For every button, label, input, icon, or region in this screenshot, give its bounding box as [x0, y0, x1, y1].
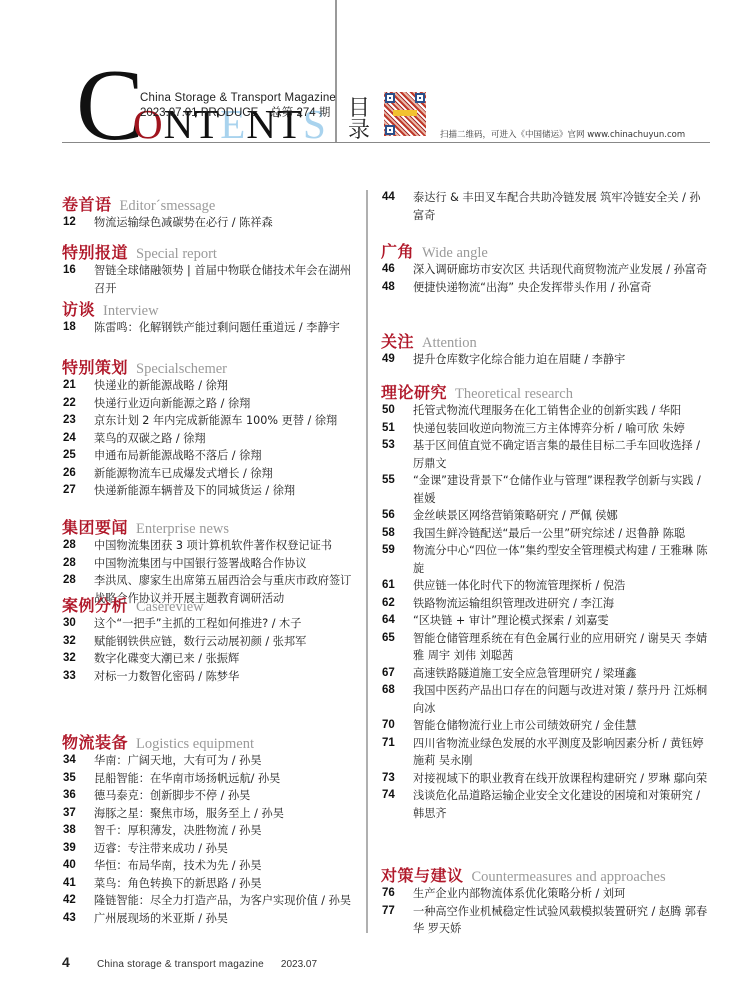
toc-entry[interactable]: 33对标一力数智化密码 / 陈梦华: [62, 668, 362, 686]
entry-title: 菜鸟的双碳之路 / 徐翔: [94, 430, 362, 448]
entry-page-number: 76: [381, 885, 413, 903]
entry-title: 隆链智能：尽全力打造产品，为客户实现价值 / 孙昊: [94, 892, 362, 910]
entry-page-number: 18: [62, 319, 94, 337]
entry-page-number: 30: [62, 615, 94, 633]
toc-entry[interactable]: 42隆链智能：尽全力打造产品，为客户实现价值 / 孙昊: [62, 892, 362, 910]
toc-entry[interactable]: 35昆船智能：在华南市场扬帆远航/ 孙昊: [62, 770, 362, 788]
entry-title: 新能源物流车已成爆发式增长 / 徐翔: [94, 465, 362, 483]
entry-page-number: 40: [62, 857, 94, 875]
entry-title: 陈雷鸣：化解钢铁产能过剩问题任重道远 / 李静宇: [94, 319, 362, 337]
entry-page-number: 24: [62, 430, 94, 448]
toc-section: 关注Attention49提升仓库数字化综合能力迫在眉睫 / 李静宇: [381, 329, 711, 369]
toc-entry[interactable]: 53基于区间值直觉不确定语言集的最佳目标二手车回收选择 / 厉鼎文: [381, 437, 711, 472]
section-title-en: Countermeasures and approaches: [472, 869, 666, 886]
produce-date: 2023.07.01 PRODUCE: [140, 107, 258, 119]
entry-page-number: 59: [381, 542, 413, 560]
entry-page-number: 56: [381, 507, 413, 525]
header-vertical-divider: [335, 0, 337, 143]
entry-title: 我国中医药产品出口存在的问题与改进对策 / 蔡丹丹 江烁桐 向冰: [413, 682, 711, 717]
entry-title: 物流分中心“四位一体”集约型安全管理模式构建 / 王雅琳 陈旋: [413, 542, 711, 577]
section-title-en: Specialschemer: [136, 361, 227, 378]
entry-page-number: 38: [62, 822, 94, 840]
toc-section: 对策与建议Countermeasures and approaches76生产企…: [381, 863, 711, 938]
section-title-en: Editor´smessage: [120, 198, 216, 215]
toc-entry[interactable]: 71四川省物流业绿色发展的水平测度及影响因素分析 / 黄钰婷 施莉 吴永刚: [381, 735, 711, 770]
entry-title: 智能仓储管理系统在有色金属行业的应用研究 / 谢昊天 李婧雅 周宇 刘伟 刘聪茜: [413, 630, 711, 665]
toc-entry[interactable]: 12物流运输绿色减碳势在必行 / 陈祥森: [62, 214, 362, 232]
section-title-cn: 物流装备: [62, 730, 128, 753]
entry-page-number: 64: [381, 612, 413, 630]
entry-title: 物流运输绿色减碳势在必行 / 陈祥森: [94, 214, 362, 232]
footer-date: 2023.07: [281, 959, 317, 970]
qr-code-icon[interactable]: [384, 92, 426, 136]
entry-page-number: 46: [381, 261, 413, 279]
entry-title: 智千：厚积薄发，决胜物流 / 孙昊: [94, 822, 362, 840]
section-title-en: Logistics equipment: [136, 736, 254, 753]
qr-logo-icon: [393, 110, 417, 116]
entry-page-number: 49: [381, 351, 413, 369]
issue-info: 2023.07.01 PRODUCE总第 274 期: [140, 104, 330, 120]
toc-section: 44泰达行 & 丰田叉车配合共助冷链发展 筑牢冷链安全关 / 孙富奇: [381, 189, 711, 224]
toc-entry[interactable]: 37海豚之星：聚焦市场，服务至上 / 孙昊: [62, 805, 362, 823]
magazine-name: China Storage & Transport Magazine: [140, 92, 336, 104]
section-heading: 理论研究Theoretical research: [381, 380, 711, 402]
section-title-cn: 案例分析: [62, 593, 128, 616]
section-title-en: Attention: [422, 335, 477, 352]
toc-entry[interactable]: 44泰达行 & 丰田叉车配合共助冷链发展 筑牢冷链安全关 / 孙富奇: [381, 189, 711, 224]
toc-entry[interactable]: 38智千：厚积薄发，决胜物流 / 孙昊: [62, 822, 362, 840]
entry-title: 快递新能源车辆普及下的同城货运 / 徐翔: [94, 482, 362, 500]
toc-entry[interactable]: 32赋能钢铁供应链，数行云动展初颜 / 张邦军: [62, 633, 362, 651]
column-divider: [366, 190, 368, 933]
entry-title: 我国生鲜冷链配送“最后一公里”研究综述 / 迟鲁静 陈聪: [413, 525, 711, 543]
section-heading: 集团要闻Enterprise news: [62, 515, 362, 537]
entry-page-number: 25: [62, 447, 94, 465]
entry-title: 浅谈危化品道路运输企业安全文化建设的困境和对策研究 / 韩思齐: [413, 787, 711, 822]
toc-entry[interactable]: 65智能仓储管理系统在有色金属行业的应用研究 / 谢昊天 李婧雅 周宇 刘伟 刘…: [381, 630, 711, 665]
toc-entry[interactable]: 70智能仓储物流行业上市公司绩效研究 / 金佳慧: [381, 717, 711, 735]
issue-number: 总第 274 期: [270, 107, 330, 119]
entry-page-number: 68: [381, 682, 413, 700]
section-heading: 广角Wide angle: [381, 239, 711, 261]
entry-page-number: 67: [381, 665, 413, 683]
section-title-cn: 卷首语: [62, 192, 112, 215]
entry-title: 赋能钢铁供应链，数行云动展初颜 / 张邦军: [94, 633, 362, 651]
toc-section: 案例分析Casereview30这个“一把手”主抓的工程如何推进? / 木子32…: [62, 593, 362, 685]
toc-entry[interactable]: 18陈雷鸣：化解钢铁产能过剩问题任重道远 / 李静宇: [62, 319, 362, 337]
toc-entry[interactable]: 22快递行业迈向新能源之路 / 徐翔: [62, 395, 362, 413]
section-title-cn: 特别报道: [62, 240, 128, 263]
section-heading: 特别策划Specialschemer: [62, 355, 362, 377]
entry-page-number: 26: [62, 465, 94, 483]
toc-entry[interactable]: 59物流分中心“四位一体”集约型安全管理模式构建 / 王雅琳 陈旋: [381, 542, 711, 577]
entry-title: 生产企业内部物流体系优化策略分析 / 刘珂: [413, 885, 711, 903]
toc-entry[interactable]: 51快递包装回收逆向物流三方主体博弈分析 / 喻可欣 朱婷: [381, 420, 711, 438]
entry-title: 快递行业迈向新能源之路 / 徐翔: [94, 395, 362, 413]
entry-title: 广州展现场的米亚斯 / 孙昊: [94, 910, 362, 928]
toc-entry[interactable]: 77一种高空作业机械稳定性试验风载模拟装置研究 / 赵腾 郭春华 罗天娇: [381, 903, 711, 938]
entry-page-number: 62: [381, 595, 413, 613]
toc-entry[interactable]: 16智链全球储融领势 | 首届中物联仓储技术年会在湖州召开: [62, 262, 362, 297]
toc-entry[interactable]: 76生产企业内部物流体系优化策略分析 / 刘珂: [381, 885, 711, 903]
section-title-en: Casereview: [136, 599, 204, 616]
entry-title: 华恒：布局华南，技术为先 / 孙昊: [94, 857, 362, 875]
section-title-cn: 关注: [381, 329, 414, 352]
entry-page-number: 32: [62, 650, 94, 668]
entry-title: 泰达行 & 丰田叉车配合共助冷链发展 筑牢冷链安全关 / 孙富奇: [413, 189, 711, 224]
section-heading: 访谈Interview: [62, 297, 362, 319]
entry-page-number: 39: [62, 840, 94, 858]
toc-section: 理论研究Theoretical research50托管式物流代理服务在化工销售…: [381, 380, 711, 822]
toc-entry[interactable]: 55“金课”建设背景下“仓储作业与管理”课程教学创新与实践 / 崔媛: [381, 472, 711, 507]
entry-page-number: 51: [381, 420, 413, 438]
mulu-char: 目: [348, 98, 372, 120]
toc-entry[interactable]: 58我国生鲜冷链配送“最后一公里”研究综述 / 迟鲁静 陈聪: [381, 525, 711, 543]
entry-page-number: 27: [62, 482, 94, 500]
entry-page-number: 41: [62, 875, 94, 893]
toc-entry[interactable]: 48便捷快递物流“出海” 央企发挥带头作用 / 孙富奇: [381, 279, 711, 297]
section-title-en: Interview: [103, 303, 159, 320]
entry-title: 快递包装回收逆向物流三方主体博弈分析 / 喻可欣 朱婷: [413, 420, 711, 438]
toc-entry[interactable]: 62铁路物流运输组织管理改进研究 / 李江海: [381, 595, 711, 613]
entry-page-number: 58: [381, 525, 413, 543]
toc-entry[interactable]: 50托管式物流代理服务在化工销售企业的创新实践 / 华阳: [381, 402, 711, 420]
entry-title: “金课”建设背景下“仓储作业与管理”课程教学创新与实践 / 崔媛: [413, 472, 711, 507]
toc-entry[interactable]: 36德马泰克：创新脚步不停 / 孙昊: [62, 787, 362, 805]
entry-title: 海豚之星：聚焦市场，服务至上 / 孙昊: [94, 805, 362, 823]
entry-title: 中国物流集团与中国银行签署战略合作协议: [94, 555, 362, 573]
entry-title: 一种高空作业机械稳定性试验风载模拟装置研究 / 赵腾 郭春华 罗天娇: [413, 903, 711, 938]
toc-entry[interactable]: 49提升仓库数字化综合能力迫在眉睫 / 李静宇: [381, 351, 711, 369]
entry-title: 智链全球储融领势 | 首届中物联仓储技术年会在湖州召开: [94, 262, 362, 297]
qr-caption: 扫描二维码，可进入《中国储运》官网 www.chinachuyun.com: [440, 128, 685, 140]
entry-title: 迈睿：专注带来成功 / 孙昊: [94, 840, 362, 858]
toc-section: 特别报道Special report16智链全球储融领势 | 首届中物联仓储技术…: [62, 240, 362, 297]
toc-entry[interactable]: 73对接视域下的职业教育在线开放课程构建研究 / 罗琳 鄢向荣: [381, 770, 711, 788]
section-title-en: Wide angle: [422, 245, 488, 262]
toc-entry[interactable]: 25申通布局新能源战略不落后 / 徐翔: [62, 447, 362, 465]
section-title-cn: 访谈: [62, 297, 95, 320]
entry-title: 对接视域下的职业教育在线开放课程构建研究 / 罗琳 鄢向荣: [413, 770, 711, 788]
entry-page-number: 74: [381, 787, 413, 805]
toc-entry[interactable]: 28中国物流集团与中国银行签署战略合作协议: [62, 555, 362, 573]
entry-page-number: 55: [381, 472, 413, 490]
section-title-cn: 广角: [381, 239, 414, 262]
qr-finder-icon: [385, 125, 395, 135]
entry-page-number: 71: [381, 735, 413, 753]
section-heading: 关注Attention: [381, 329, 711, 351]
toc-section: 访谈Interview18陈雷鸣：化解钢铁产能过剩问题任重道远 / 李静宇: [62, 297, 362, 337]
entry-page-number: 34: [62, 752, 94, 770]
toc-entry[interactable]: 39迈睿：专注带来成功 / 孙昊: [62, 840, 362, 858]
entry-title: 基于区间值直觉不确定语言集的最佳目标二手车回收选择 / 厉鼎文: [413, 437, 711, 472]
entry-title: “区块链 + 审计”理论模式探索 / 刘嘉雯: [413, 612, 711, 630]
entry-page-number: 16: [62, 262, 94, 280]
toc-entry[interactable]: 64“区块链 + 审计”理论模式探索 / 刘嘉雯: [381, 612, 711, 630]
entry-title: 中国物流集团获 3 项计算机软件著作权登记证书: [94, 537, 362, 555]
entry-page-number: 28: [62, 555, 94, 573]
entry-page-number: 42: [62, 892, 94, 910]
entry-page-number: 65: [381, 630, 413, 648]
entry-page-number: 22: [62, 395, 94, 413]
entry-title: 四川省物流业绿色发展的水平测度及影响因素分析 / 黄钰婷 施莉 吴永刚: [413, 735, 711, 770]
toc-entry[interactable]: 23京东计划 2 年内完成新能源车 100% 更替 / 徐翔: [62, 412, 362, 430]
entry-title: 便捷快递物流“出海” 央企发挥带头作用 / 孙富奇: [413, 279, 711, 297]
toc-section: 卷首语Editor´smessage12物流运输绿色减碳势在必行 / 陈祥森: [62, 192, 362, 232]
section-title-cn: 理论研究: [381, 380, 447, 403]
entry-page-number: 43: [62, 910, 94, 928]
entry-page-number: 12: [62, 214, 94, 232]
entry-page-number: 35: [62, 770, 94, 788]
section-title-en: Theoretical research: [455, 386, 573, 403]
toc-entry[interactable]: 61供应链一体化时代下的物流管理探析 / 倪浩: [381, 577, 711, 595]
entry-title: 快递业的新能源战略 / 徐翔: [94, 377, 362, 395]
toc-entry[interactable]: 56金丝峡景区网络营销策略研究 / 严佩 侯娜: [381, 507, 711, 525]
toc-section: 物流装备Logistics equipment34华南：广阔天地，大有可为 / …: [62, 730, 362, 927]
entry-page-number: 21: [62, 377, 94, 395]
entry-page-number: 77: [381, 903, 413, 921]
section-title-cn: 集团要闻: [62, 515, 128, 538]
entry-page-number: 37: [62, 805, 94, 823]
mulu-char: 录: [348, 120, 372, 142]
entry-page-number: 32: [62, 633, 94, 651]
entry-title: 华南：广阔天地，大有可为 / 孙昊: [94, 752, 362, 770]
entry-page-number: 44: [381, 189, 413, 207]
entry-title: 金丝峡景区网络营销策略研究 / 严佩 侯娜: [413, 507, 711, 525]
entry-page-number: 48: [381, 279, 413, 297]
entry-page-number: 50: [381, 402, 413, 420]
entry-title: 供应链一体化时代下的物流管理探析 / 倪浩: [413, 577, 711, 595]
toc-entry[interactable]: 32数字化碟变大潮已来 / 张振辉: [62, 650, 362, 668]
entry-page-number: 23: [62, 412, 94, 430]
toc-entry[interactable]: 41菜鸟：角色转换下的新思路 / 孙昊: [62, 875, 362, 893]
entry-title: 京东计划 2 年内完成新能源车 100% 更替 / 徐翔: [94, 412, 362, 430]
entry-page-number: 36: [62, 787, 94, 805]
entry-title: 对标一力数智化密码 / 陈梦华: [94, 668, 362, 686]
toc-entry[interactable]: 74浅谈危化品道路运输企业安全文化建设的困境和对策研究 / 韩思齐: [381, 787, 711, 822]
toc-section: 广角Wide angle46深入调研廊坊市安次区 共话现代商贸物流产业发展 / …: [381, 239, 711, 296]
toc-entry[interactable]: 27快递新能源车辆普及下的同城货运 / 徐翔: [62, 482, 362, 500]
entry-title: 智能仓储物流行业上市公司绩效研究 / 金佳慧: [413, 717, 711, 735]
mulu-title: 目 录: [348, 98, 372, 142]
section-title-en: Special report: [136, 246, 217, 263]
entry-title: 深入调研廊坊市安次区 共话现代商贸物流产业发展 / 孙富奇: [413, 261, 711, 279]
entry-title: 这个“一把手”主抓的工程如何推进? / 木子: [94, 615, 362, 633]
section-heading: 物流装备Logistics equipment: [62, 730, 362, 752]
toc-entry[interactable]: 67高速铁路隧道施工安全应急管理研究 / 梁瑾鑫: [381, 665, 711, 683]
entry-title: 铁路物流运输组织管理改进研究 / 李江海: [413, 595, 711, 613]
section-heading: 特别报道Special report: [62, 240, 362, 262]
footer-magazine: China storage & transport magazine: [97, 959, 264, 970]
toc-entry[interactable]: 46深入调研廊坊市安次区 共话现代商贸物流产业发展 / 孙富奇: [381, 261, 711, 279]
entry-page-number: 73: [381, 770, 413, 788]
page-number: 4: [62, 954, 97, 970]
entry-page-number: 33: [62, 668, 94, 686]
toc-entry[interactable]: 40华恒：布局华南，技术为先 / 孙昊: [62, 857, 362, 875]
entry-page-number: 53: [381, 437, 413, 455]
entry-page-number: 28: [62, 572, 94, 590]
entry-page-number: 61: [381, 577, 413, 595]
section-heading: 对策与建议Countermeasures and approaches: [381, 863, 711, 885]
entry-title: 昆船智能：在华南市场扬帆远航/ 孙昊: [94, 770, 362, 788]
section-title-en: Enterprise news: [136, 521, 229, 538]
entry-page-number: 28: [62, 537, 94, 555]
entry-title: 托管式物流代理服务在化工销售企业的创新实践 / 华阳: [413, 402, 711, 420]
section-heading: 卷首语Editor´smessage: [62, 192, 362, 214]
section-title-cn: 对策与建议: [381, 863, 464, 886]
page-footer: 4 China storage & transport magazine 202…: [62, 954, 317, 970]
toc-entry[interactable]: 24菜鸟的双碳之路 / 徐翔: [62, 430, 362, 448]
qr-finder-icon: [385, 93, 395, 103]
entry-title: 高速铁路隧道施工安全应急管理研究 / 梁瑾鑫: [413, 665, 711, 683]
toc-entry[interactable]: 34华南：广阔天地，大有可为 / 孙昊: [62, 752, 362, 770]
toc-entry[interactable]: 68我国中医药产品出口存在的问题与改进对策 / 蔡丹丹 江烁桐 向冰: [381, 682, 711, 717]
section-heading: 案例分析Casereview: [62, 593, 362, 615]
toc-section: 特别策划Specialschemer21快递业的新能源战略 / 徐翔22快递行业…: [62, 355, 362, 500]
entry-title: 提升仓库数字化综合能力迫在眉睫 / 李静宇: [413, 351, 711, 369]
entry-title: 申通布局新能源战略不落后 / 徐翔: [94, 447, 362, 465]
toc-entry[interactable]: 28中国物流集团获 3 项计算机软件著作权登记证书: [62, 537, 362, 555]
toc-entry[interactable]: 26新能源物流车已成爆发式增长 / 徐翔: [62, 465, 362, 483]
toc-entry[interactable]: 30这个“一把手”主抓的工程如何推进? / 木子: [62, 615, 362, 633]
entry-title: 数字化碟变大潮已来 / 张振辉: [94, 650, 362, 668]
toc-entry[interactable]: 21快递业的新能源战略 / 徐翔: [62, 377, 362, 395]
entry-title: 菜鸟：角色转换下的新思路 / 孙昊: [94, 875, 362, 893]
entry-page-number: 70: [381, 717, 413, 735]
section-title-cn: 特别策划: [62, 355, 128, 378]
entry-title: 德马泰克：创新脚步不停 / 孙昊: [94, 787, 362, 805]
qr-finder-icon: [415, 93, 425, 103]
toc-entry[interactable]: 43广州展现场的米亚斯 / 孙昊: [62, 910, 362, 928]
